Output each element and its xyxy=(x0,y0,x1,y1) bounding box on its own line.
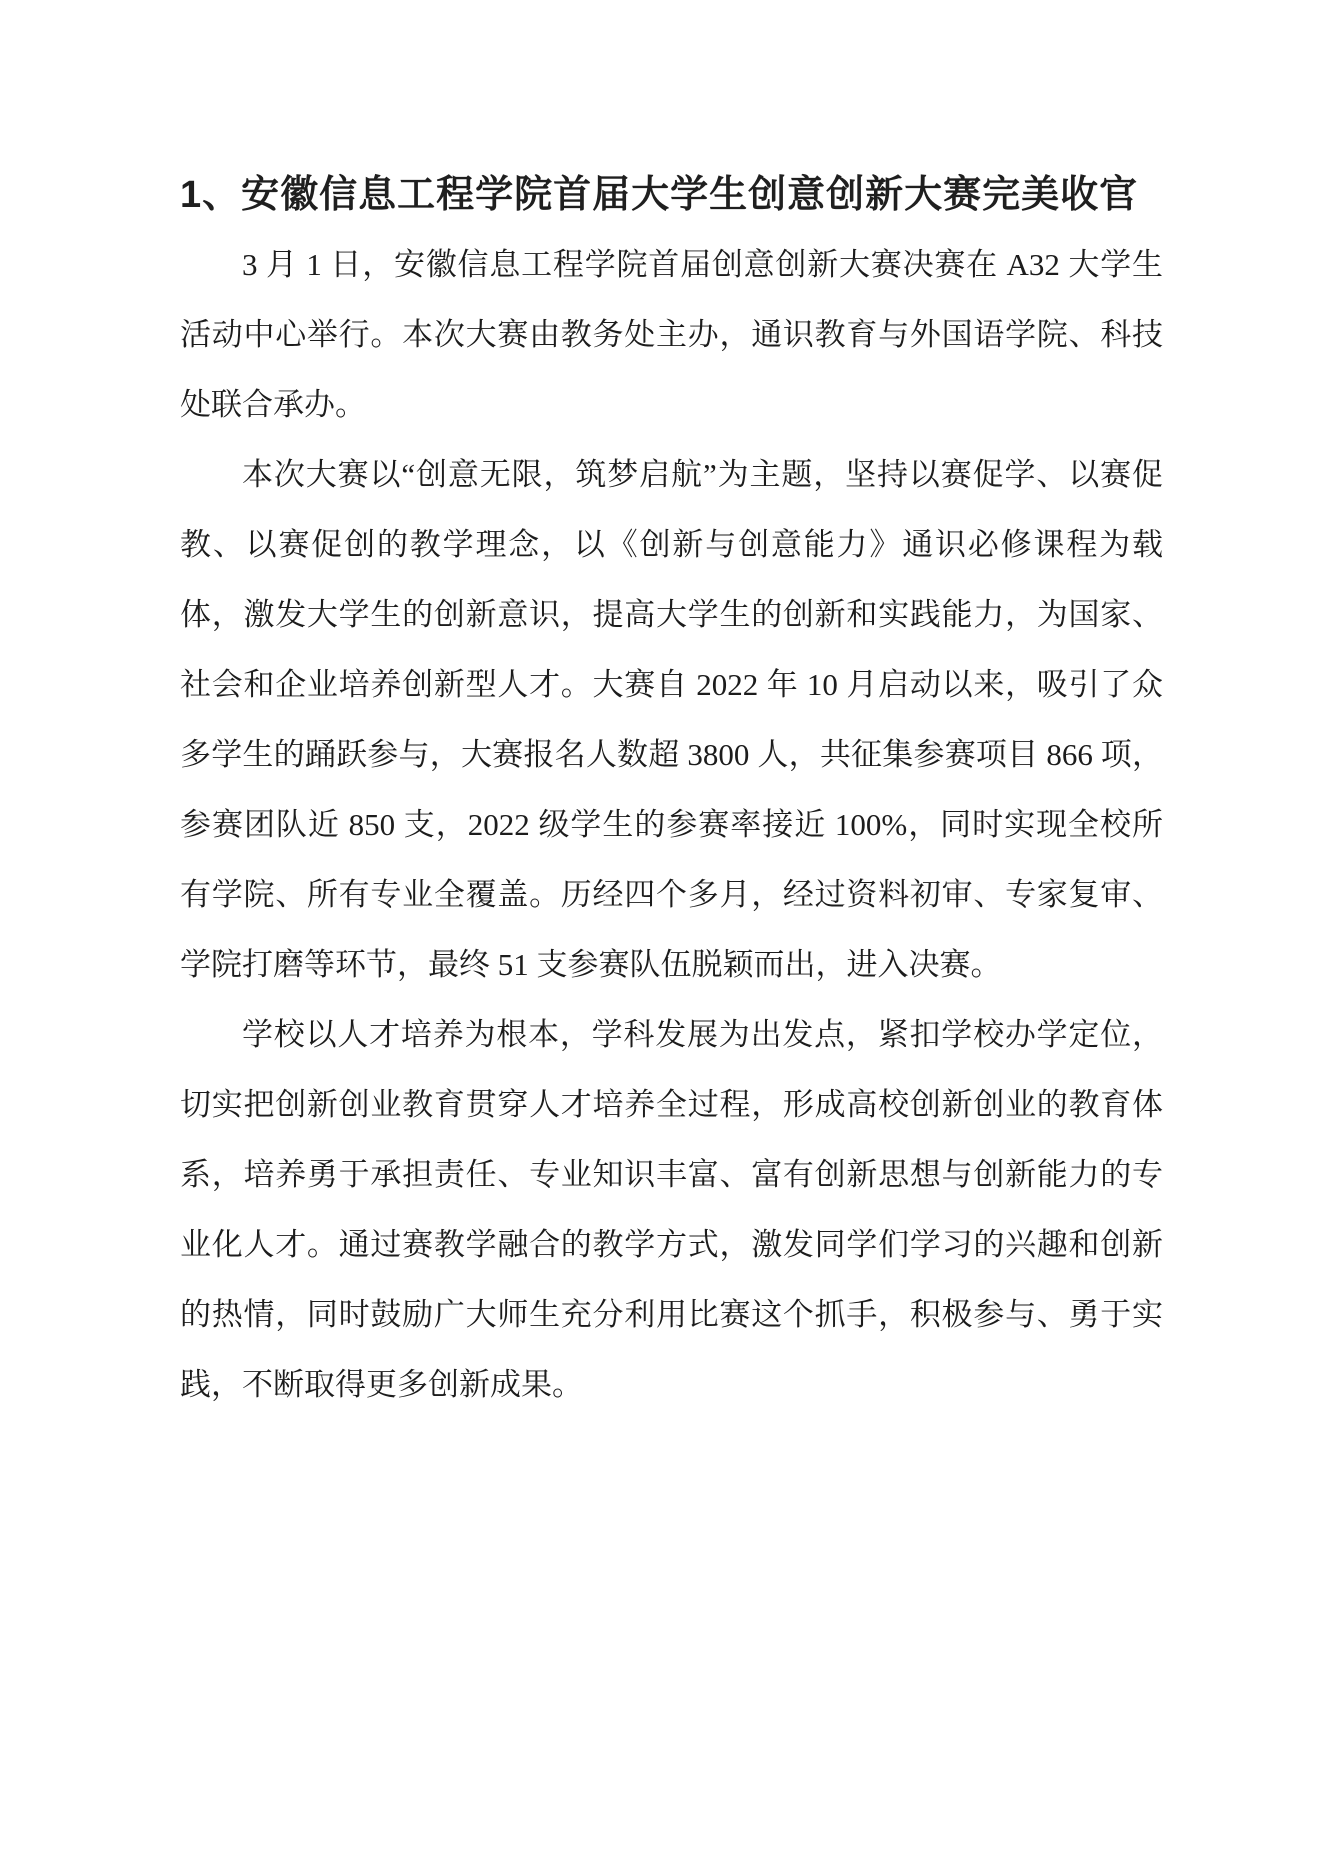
document-heading: 1、安徽信息工程学院首届大学生创意创新大赛完美收官 xyxy=(180,160,1163,230)
document-page: 1、安徽信息工程学院首届大学生创意创新大赛完美收官 3 月 1 日，安徽信息工程… xyxy=(0,0,1323,1871)
paragraph-intro: 3 月 1 日，安徽信息工程学院首届创意创新大赛决赛在 A32 大学生活动中心举… xyxy=(180,230,1163,440)
paragraph-school-philosophy: 学校以人才培养为根本，学科发展为出发点，紧扣学校办学定位，切实把创新创业教育贯穿… xyxy=(180,1000,1163,1420)
paragraph-competition-details: 本次大赛以“创意无限，筑梦启航”为主题，坚持以赛促学、以赛促教、以赛促创的教学理… xyxy=(180,440,1163,1000)
page-content: 1、安徽信息工程学院首届大学生创意创新大赛完美收官 3 月 1 日，安徽信息工程… xyxy=(180,160,1163,1420)
